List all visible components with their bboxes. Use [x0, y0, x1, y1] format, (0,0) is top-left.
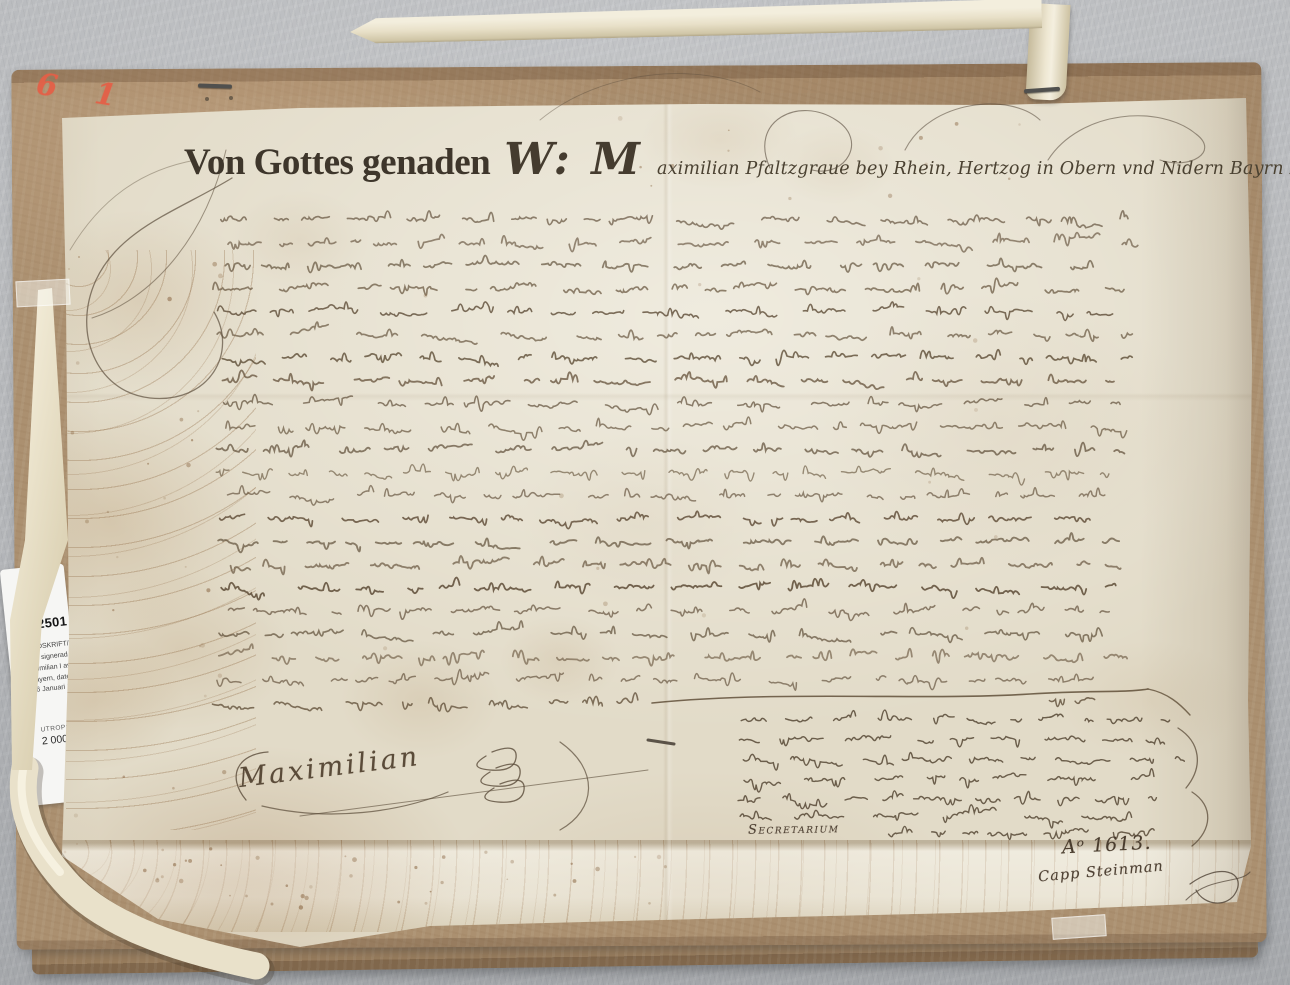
auction-photo-scene: 6 1 42501 NDSKRIFT/ V. signerad ximilian…: [0, 0, 1290, 985]
tape-bottom-right: [1051, 914, 1106, 940]
anno-1613: Aᵒ 1613.: [1061, 832, 1152, 859]
royal-monogram: W: M: [504, 134, 643, 185]
staple-hole: [205, 97, 209, 101]
staple-hole: [229, 96, 233, 100]
heading-titles-text: aximilian Pfaltzgraue bey Rhein, Hertzog…: [657, 159, 1290, 179]
foxing-speckles: [66, 250, 256, 830]
document-heading: Von Gottes genaden W: M aximilian Pfaltz…: [184, 134, 1264, 185]
ribbon-top: [350, 0, 1043, 44]
heading-large-text: Von Gottes genaden: [184, 141, 490, 184]
secretarium-word: Secretarium: [748, 821, 840, 838]
tape-top-left: [15, 279, 70, 308]
